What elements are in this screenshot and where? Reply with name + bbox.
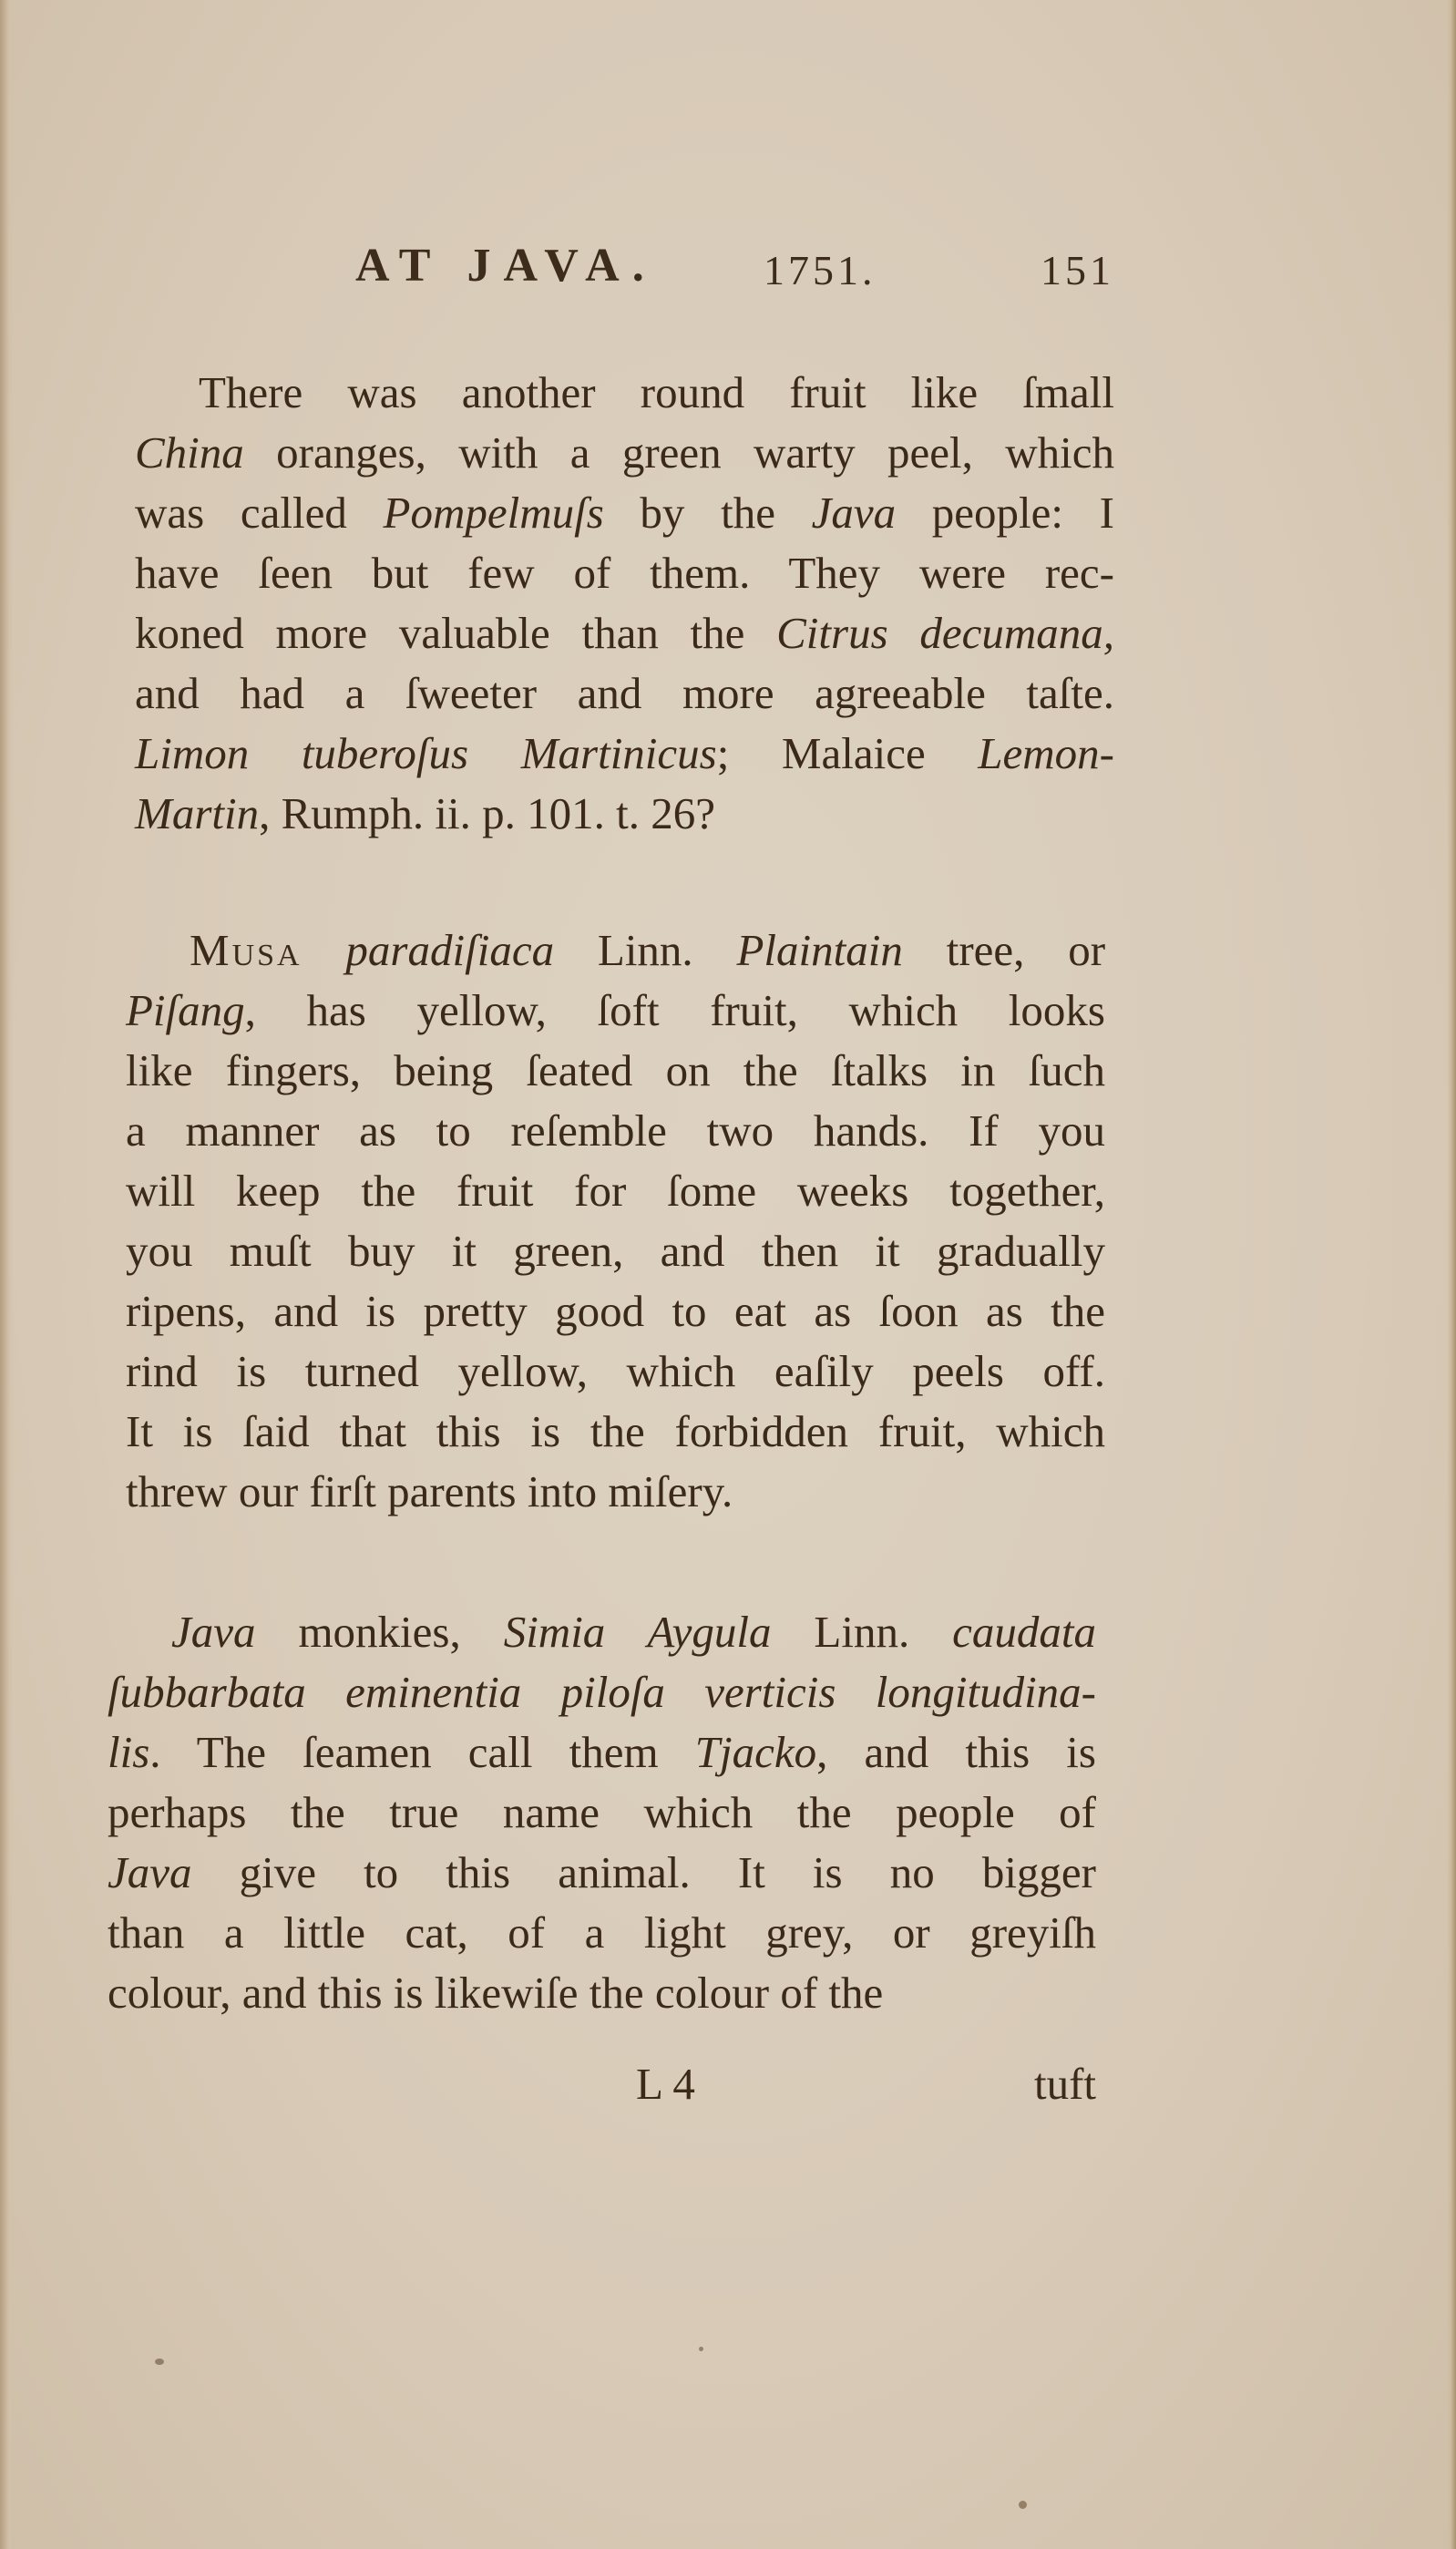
text-run: , and this is: [816, 1727, 1096, 1777]
text-run: [302, 925, 346, 975]
text-run: Musa: [190, 925, 302, 975]
italic-text: ſubbarbata eminentia piloſa verticis lon…: [108, 1667, 1096, 1717]
text-line: Java give to this animal. It is no bigge…: [108, 1843, 1096, 1903]
text-run: you muſt buy it green, and then it gradu…: [126, 1226, 1105, 1276]
running-head-year: 1751.: [764, 246, 877, 294]
paragraph-pompelmus: There was another round fruit like ſmall…: [135, 363, 1114, 844]
text-run: people: I: [896, 488, 1114, 538]
text-run: Linn.: [771, 1607, 952, 1657]
text-run: will keep the fruit for ſome weeks toget…: [126, 1166, 1105, 1216]
page-edge-left: [0, 0, 13, 2549]
italic-text: Limon tuberoſus Martinicus: [135, 728, 717, 778]
text-run: threw our firſt parents into miſery.: [126, 1466, 733, 1516]
text-run: koned more valuable than the: [135, 608, 776, 658]
page-number: 151: [1041, 246, 1114, 294]
text-run: colour, and this is likewiſe the colour …: [108, 1968, 883, 2018]
text-line: lis. The ſeamen call them Tjacko, and th…: [108, 1722, 1096, 1783]
text-line: ripens, and is pretty good to eat as ſoo…: [126, 1281, 1105, 1341]
text-line: will keep the fruit for ſome weeks toget…: [126, 1161, 1105, 1221]
text-line: than a little cat, of a light grey, or g…: [108, 1903, 1096, 1963]
text-line: colour, and this is likewiſe the colour …: [108, 1963, 1096, 2023]
book-page: AT JAVA. 1751. 151 There was another rou…: [0, 0, 1456, 2549]
text-line: China oranges, with a green warty peel, …: [135, 423, 1114, 483]
italic-text: Plaintain: [737, 925, 903, 975]
text-line: rind is turned yellow, which eaſily peel…: [126, 1341, 1105, 1402]
paper-speck: [699, 2347, 703, 2351]
text-line: ſubbarbata eminentia piloſa verticis lon…: [108, 1662, 1096, 1722]
text-line: There was another round fruit like ſmall: [135, 363, 1114, 423]
text-run: monkies,: [256, 1607, 504, 1657]
text-line: Martin, Rumph. ii. p. 101. t. 26?: [135, 784, 1114, 844]
text-line: was called Pompelmuſs by the Java people…: [135, 483, 1114, 543]
text-line: Limon tuberoſus Martinicus; Malaice Lemo…: [135, 724, 1114, 784]
running-head: AT JAVA. 1751. 151: [355, 239, 1130, 312]
italic-text: Simia Aygula: [504, 1607, 772, 1657]
text-run: , Rumph. ii. p. 101. t. 26?: [259, 788, 715, 838]
text-line: like fingers, being ſeated on the ſtalks…: [126, 1041, 1105, 1101]
italic-text: Piſang: [126, 985, 245, 1035]
signature-mark: L 4: [636, 2058, 695, 2110]
text-run: oranges, with a green warty peel, which: [244, 427, 1114, 478]
italic-text: Martin: [135, 788, 259, 838]
text-line: a manner as to reſemble two hands. If yo…: [126, 1101, 1105, 1161]
text-line: Piſang, has yellow, ſoft fruit, which lo…: [126, 981, 1105, 1041]
italic-text: lis: [108, 1727, 149, 1777]
text-run: Linn.: [554, 925, 736, 975]
text-run: ripens, and is pretty good to eat as ſoo…: [126, 1286, 1105, 1336]
text-line: and had a ſweeter and more agreeable taſ…: [135, 663, 1114, 724]
italic-text: caudata: [952, 1607, 1096, 1657]
text-run: rind is turned yellow, which eaſily peel…: [126, 1346, 1105, 1396]
italic-text: paradiſiaca: [345, 925, 554, 975]
paper-speck: [155, 2359, 164, 2365]
text-line: have ſeen but few of them. They were rec…: [135, 543, 1114, 603]
italic-text: Citrus decumana,: [776, 608, 1114, 658]
text-line: Musa paradiſiaca Linn. Plaintain tree, o…: [126, 920, 1105, 981]
text-run: have ſeen but few of them. They were rec…: [135, 548, 1114, 598]
text-run: give to this animal. It is no bigger: [192, 1847, 1097, 1897]
text-run: and had a ſweeter and more agreeable taſ…: [135, 668, 1114, 718]
text-run: was called: [135, 488, 384, 538]
italic-text: China: [135, 427, 244, 478]
text-line: threw our firſt parents into miſery.: [126, 1462, 1105, 1522]
text-run: by the: [604, 488, 812, 538]
text-run: , has yellow, ſoft fruit, which looks: [245, 985, 1105, 1035]
italic-text: Java: [812, 488, 897, 538]
text-run: a manner as to reſemble two hands. If yo…: [126, 1105, 1105, 1156]
text-run: It is ſaid that this is the forbidden fr…: [126, 1406, 1105, 1456]
text-run: than a little cat, of a light grey, or g…: [108, 1907, 1096, 1958]
catchword: tuft: [1034, 2058, 1096, 2110]
text-line: you muſt buy it green, and then it gradu…: [126, 1221, 1105, 1281]
page-footer: L 4 tuft: [108, 2058, 1096, 2122]
italic-text: Java: [108, 1847, 192, 1897]
paper-speck: [1019, 2501, 1027, 2509]
text-line: It is ſaid that this is the forbidden fr…: [126, 1402, 1105, 1462]
text-run: like fingers, being ſeated on the ſtalks…: [126, 1045, 1105, 1095]
paragraph-java-monkies: Java monkies, Simia Aygula Linn. caudata…: [108, 1602, 1096, 2023]
text-run: There was another round fruit like ſmall: [199, 367, 1114, 417]
italic-text: Lemon-: [978, 728, 1114, 778]
text-line: koned more valuable than the Citrus decu…: [135, 603, 1114, 663]
text-run: ; Malaice: [717, 728, 979, 778]
text-line: Java monkies, Simia Aygula Linn. caudata: [108, 1602, 1096, 1662]
italic-text: Java: [171, 1607, 256, 1657]
paragraph-musa-paradisiaca: Musa paradiſiaca Linn. Plaintain tree, o…: [126, 920, 1105, 1522]
text-line: perhaps the true name which the people o…: [108, 1783, 1096, 1843]
italic-text: Tjacko: [695, 1727, 816, 1777]
running-head-title: AT JAVA.: [355, 239, 657, 293]
italic-text: Pompelmuſs: [384, 488, 604, 538]
text-run: . The ſeamen call them: [149, 1727, 694, 1777]
page-edge-right: [1447, 0, 1456, 2549]
text-run: tree, or: [903, 925, 1105, 975]
text-run: perhaps the true name which the people o…: [108, 1787, 1096, 1837]
